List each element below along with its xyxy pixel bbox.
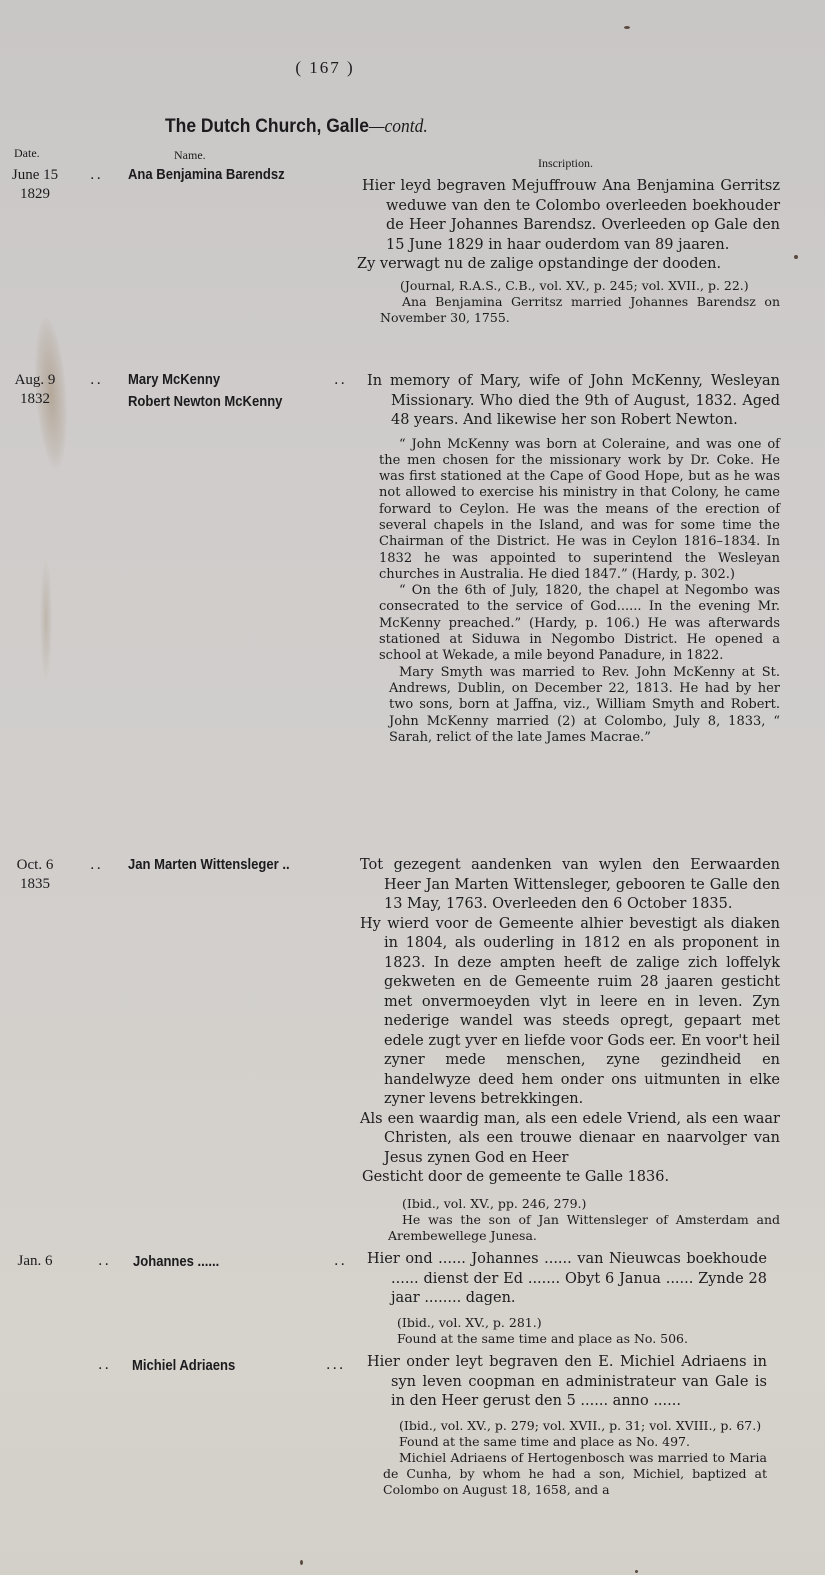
historical-note: He was the son of Jan Wittensleger of Am…: [360, 1212, 780, 1244]
entry-inscription: Hier leyd begraven Mejuffrouw Ana Benjam…: [362, 177, 780, 326]
speck: [635, 1570, 638, 1573]
section-title-text: The Dutch Church, Galle: [165, 116, 369, 137]
entry-name: Michiel Adriaens: [132, 1355, 235, 1377]
historical-note: “ John McKenny was born at Coleraine, an…: [367, 437, 780, 584]
speck: [300, 1560, 303, 1565]
leader-dots: ..: [98, 1253, 111, 1269]
inscription-paragraph: In memory of Mary, wife of John McKenny,…: [367, 372, 780, 431]
leader-dots: ..: [334, 372, 347, 388]
leader-dots: ..: [90, 372, 103, 388]
inscription-paragraph: Tot gezegent aandenken van wylen den Eer…: [360, 856, 780, 915]
date-line: Oct. 6: [0, 856, 70, 875]
section-title: The Dutch Church, Galle—contd.: [165, 116, 428, 138]
column-header-inscription: Inscription.: [538, 156, 593, 171]
name-line: Mary McKenny: [128, 369, 282, 391]
section-title-suffix: —contd.: [369, 116, 428, 137]
citation-note: (Journal, R.A.S., C.B., vol. XV., p. 245…: [362, 278, 780, 294]
historical-note: Michiel Adriaens of Hertogenbosch was ma…: [367, 1450, 767, 1498]
column-header-name: Name.: [174, 148, 206, 163]
historical-note: Mary Smyth was married to Rev. John McKe…: [367, 665, 780, 746]
leader-dots: ..: [90, 167, 103, 183]
speck: [624, 26, 630, 29]
entry-date: June 15 1829: [0, 166, 70, 204]
historical-note: Found at the same time and place as No. …: [367, 1434, 767, 1450]
speck: [794, 255, 798, 259]
document-page: ( 167 ) The Dutch Church, Galle—contd. D…: [0, 0, 825, 1575]
inscription-paragraph: Hier onder leyt begraven den E. Michiel …: [367, 1353, 767, 1412]
entry-name: Ana Benjamina Barendsz: [128, 164, 285, 186]
entry-date: Jan. 6: [0, 1252, 70, 1271]
citation-note: (Ibid., vol. XV., p. 281.): [367, 1315, 767, 1331]
historical-note: Ana Benjamina Gerritsz married Johannes …: [362, 294, 780, 326]
entry-inscription: Tot gezegent aandenken van wylen den Eer…: [360, 856, 780, 1244]
entry-date: Aug. 9 1832: [0, 371, 70, 409]
page-number: ( 167 ): [0, 58, 650, 78]
date-year: 1835: [0, 875, 70, 894]
entry-name: Mary McKenny Robert Newton McKenny: [128, 369, 282, 413]
name-line: Robert Newton McKenny: [128, 391, 282, 413]
inscription-paragraph: Hier ond ...... Johannes ...... van Nieu…: [367, 1250, 767, 1309]
inscription-paragraph: Als een waardig man, als een edele Vrien…: [360, 1110, 780, 1169]
inscription-paragraph: Hier leyd begraven Mejuffrouw Ana Benjam…: [362, 177, 780, 255]
leader-dots: ..: [282, 857, 289, 873]
inscription-paragraph: Zy verwagt nu de zalige opstandinge der …: [357, 255, 780, 275]
leader-dots: ..: [98, 1357, 111, 1373]
historical-note: “ On the 6th of July, 1820, the chapel a…: [367, 583, 780, 664]
entry-inscription: Hier onder leyt begraven den E. Michiel …: [367, 1353, 767, 1498]
water-stain: [40, 560, 52, 680]
date-line: Jan. 6: [0, 1252, 70, 1271]
column-header-date: Date.: [14, 146, 40, 161]
leader-dots: ...: [326, 1357, 345, 1373]
historical-note: Found at the same time and place as No. …: [367, 1331, 767, 1347]
inscription-paragraph: Hy wierd voor de Gemeente alhier bevesti…: [360, 915, 780, 1110]
inscription-paragraph: Gesticht door de gemeente te Galle 1836.: [360, 1168, 780, 1188]
entry-date: Oct. 6 1835: [0, 856, 70, 894]
citation-note: (Ibid., vol. XV., p. 279; vol. XVII., p.…: [367, 1418, 767, 1434]
leader-dots: ..: [334, 1253, 347, 1269]
date-year: 1829: [0, 185, 70, 204]
date-line: Aug. 9: [0, 371, 70, 390]
entry-name: Johannes ......: [133, 1251, 219, 1273]
name-line: Jan Marten Wittensleger: [128, 857, 279, 873]
entry-inscription: Hier ond ...... Johannes ...... van Nieu…: [367, 1250, 767, 1347]
date-line: June 15: [0, 166, 70, 185]
citation-note: (Ibid., vol. XV., pp. 246, 279.): [360, 1196, 780, 1212]
entry-inscription: In memory of Mary, wife of John McKenny,…: [367, 372, 780, 746]
leader-dots: ..: [90, 857, 103, 873]
date-year: 1832: [0, 390, 70, 409]
entry-name: Jan Marten Wittensleger ..: [128, 854, 290, 876]
